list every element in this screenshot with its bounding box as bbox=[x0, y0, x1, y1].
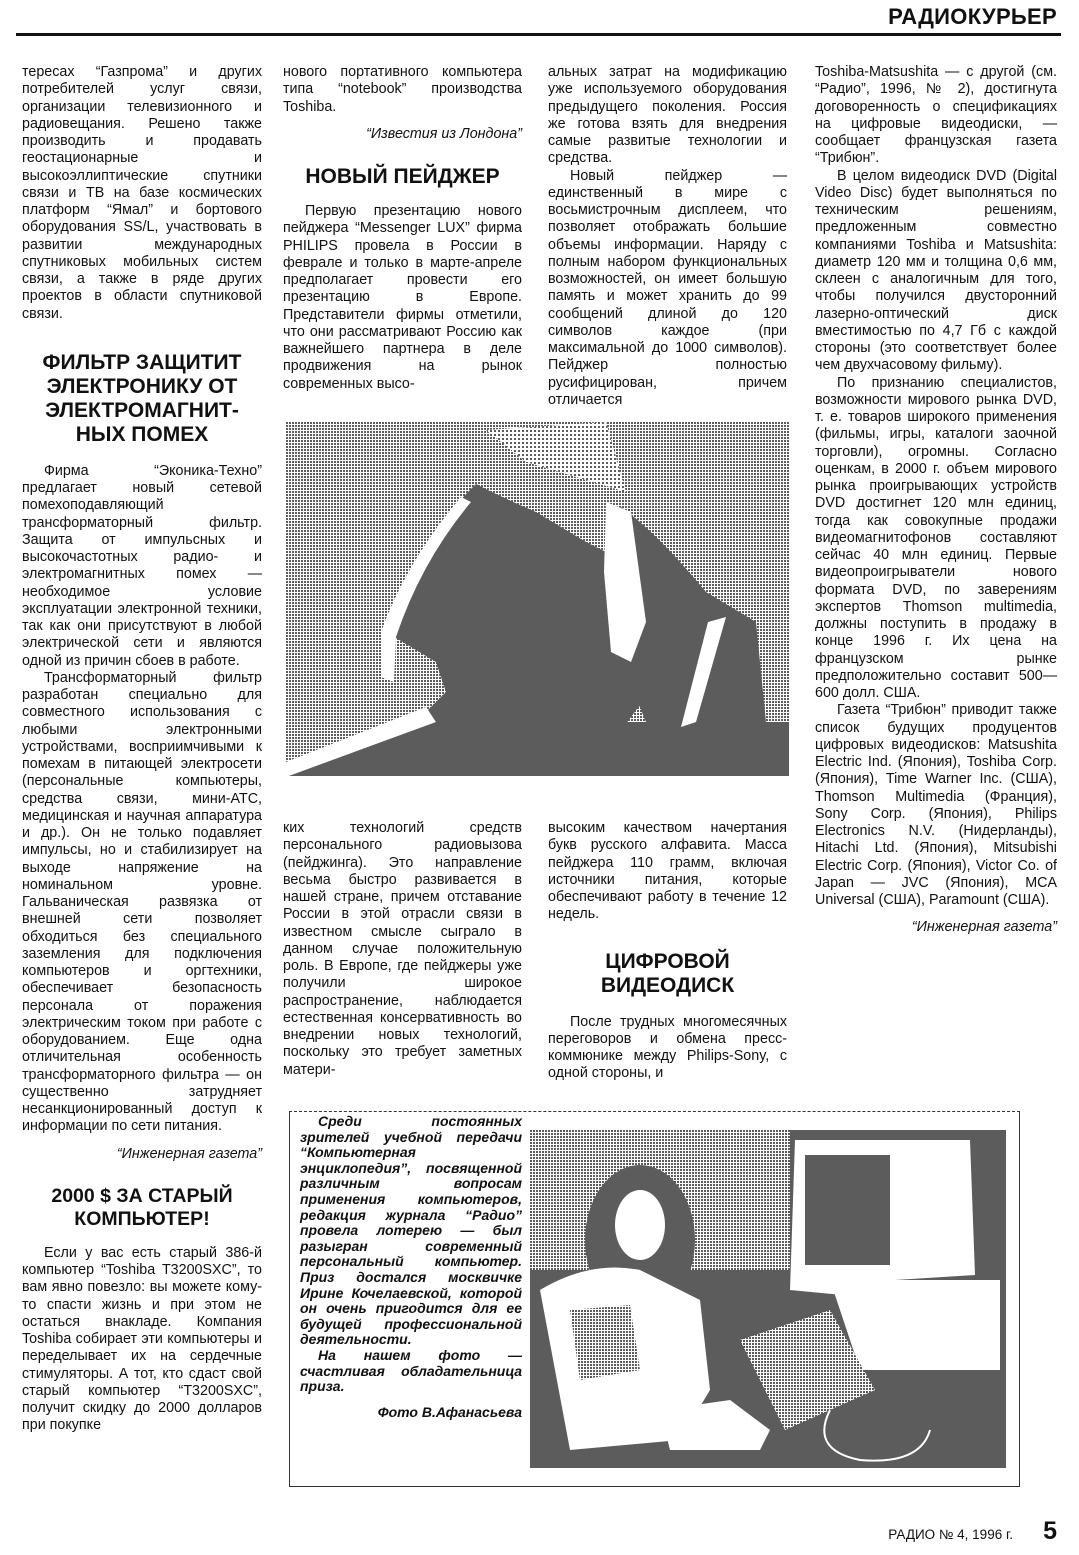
article-filter-paragraph: Фирма “Эконика-Техно” предлагает новый с… bbox=[22, 463, 262, 670]
column-2-bottom: ких технологий средств персонального рад… bbox=[283, 820, 522, 1079]
photo-winner-icon bbox=[530, 1130, 1006, 1468]
photo-credit: Фото В.Афанасьева bbox=[300, 1405, 522, 1421]
article-toshiba-title: 2000 $ ЗА СТАРЫЙ КОМПЬЮТЕР! bbox=[22, 1185, 262, 1231]
article-toshiba-continued: нового портативного компьютера типа “not… bbox=[283, 64, 522, 116]
section-title: РАДИОКУРЬЕР bbox=[888, 4, 1057, 30]
footer-issue: РАДИО № 4, 1996 г. bbox=[888, 1527, 1013, 1542]
article-dvd-paragraph: После трудных многомесячных переговоров … bbox=[548, 1014, 787, 1083]
column-1: тересах “Газпрома” и других потребителей… bbox=[22, 64, 262, 1435]
article-filter-paragraph: Трансформаторный фильтр разработан специ… bbox=[22, 670, 262, 1136]
article-filter-title: ФИЛЬТР ЗАЩИТИТ ЭЛЕКТРОНИКУ ОТ ЭЛЕКТРОМАГ… bbox=[22, 351, 262, 447]
article-pager-title: НОВЫЙ ПЕЙДЖЕР bbox=[283, 165, 522, 189]
article-dvd-title: ЦИФРОВОЙ ВИДЕОДИСК bbox=[548, 950, 787, 998]
article-toshiba-paragraph: Если у вас есть старый 386-й компьютер “… bbox=[22, 1245, 262, 1435]
article-pager-paragraph: альных затрат на модификацию уже использ… bbox=[548, 64, 787, 168]
column-2-top: нового портативного компьютера типа “not… bbox=[283, 64, 522, 393]
article-pager-paragraph: высоким качеством начертания букв русско… bbox=[548, 820, 787, 924]
pager-photo bbox=[286, 422, 789, 776]
lottery-caption-paragraph: На нашем фото — счастливая обладательниц… bbox=[300, 1348, 522, 1395]
column-3-bottom: высоким качеством начертания букв русско… bbox=[548, 820, 787, 1083]
article-pager-paragraph: Первую презентацию нового пейджера “Mess… bbox=[283, 203, 522, 393]
column-3-top: альных затрат на модификацию уже использ… bbox=[548, 64, 787, 409]
column-4: Toshiba-Matsushita — с другой (см. “Ради… bbox=[815, 64, 1057, 937]
article-dvd-paragraph: Газета “Трибюн” приводит также список бу… bbox=[815, 702, 1057, 909]
article-filter-source: “Инженерная газета” bbox=[22, 1146, 262, 1163]
article-toshiba: 2000 $ ЗА СТАРЫЙ КОМПЬЮТЕР! Если у вас е… bbox=[22, 1185, 262, 1435]
article-dvd-paragraph: По признанию специалистов, возможности м… bbox=[815, 375, 1057, 703]
article-gazprom-text: тересах “Газпрома” и других потребителей… bbox=[22, 64, 262, 323]
lottery-caption: Среди постоянных зрителей учебной переда… bbox=[300, 1114, 522, 1420]
page-number: 5 bbox=[1043, 1517, 1057, 1546]
article-pager-paragraph: ких технологий средств персонального рад… bbox=[283, 820, 522, 1079]
lottery-caption-paragraph: Среди постоянных зрителей учебной переда… bbox=[300, 1114, 522, 1348]
article-pager-paragraph: Новый пейджер — единственный в мире с во… bbox=[548, 168, 787, 410]
article-filter: ФИЛЬТР ЗАЩИТИТ ЭЛЕКТРОНИКУ ОТ ЭЛЕКТРОМАГ… bbox=[22, 351, 262, 1163]
header-rule bbox=[16, 33, 1061, 36]
article-dvd-source: “Инженерная газета” bbox=[815, 919, 1057, 936]
winner-photo bbox=[530, 1130, 1006, 1468]
article-dvd-paragraph: Toshiba-Matsushita — с другой (см. “Ради… bbox=[815, 64, 1057, 168]
photo-pager-icon bbox=[286, 422, 789, 776]
article-toshiba-source: “Известия из Лондона” bbox=[283, 126, 522, 143]
article-dvd-paragraph: В целом видеодиск DVD (Digital Video Dis… bbox=[815, 168, 1057, 375]
